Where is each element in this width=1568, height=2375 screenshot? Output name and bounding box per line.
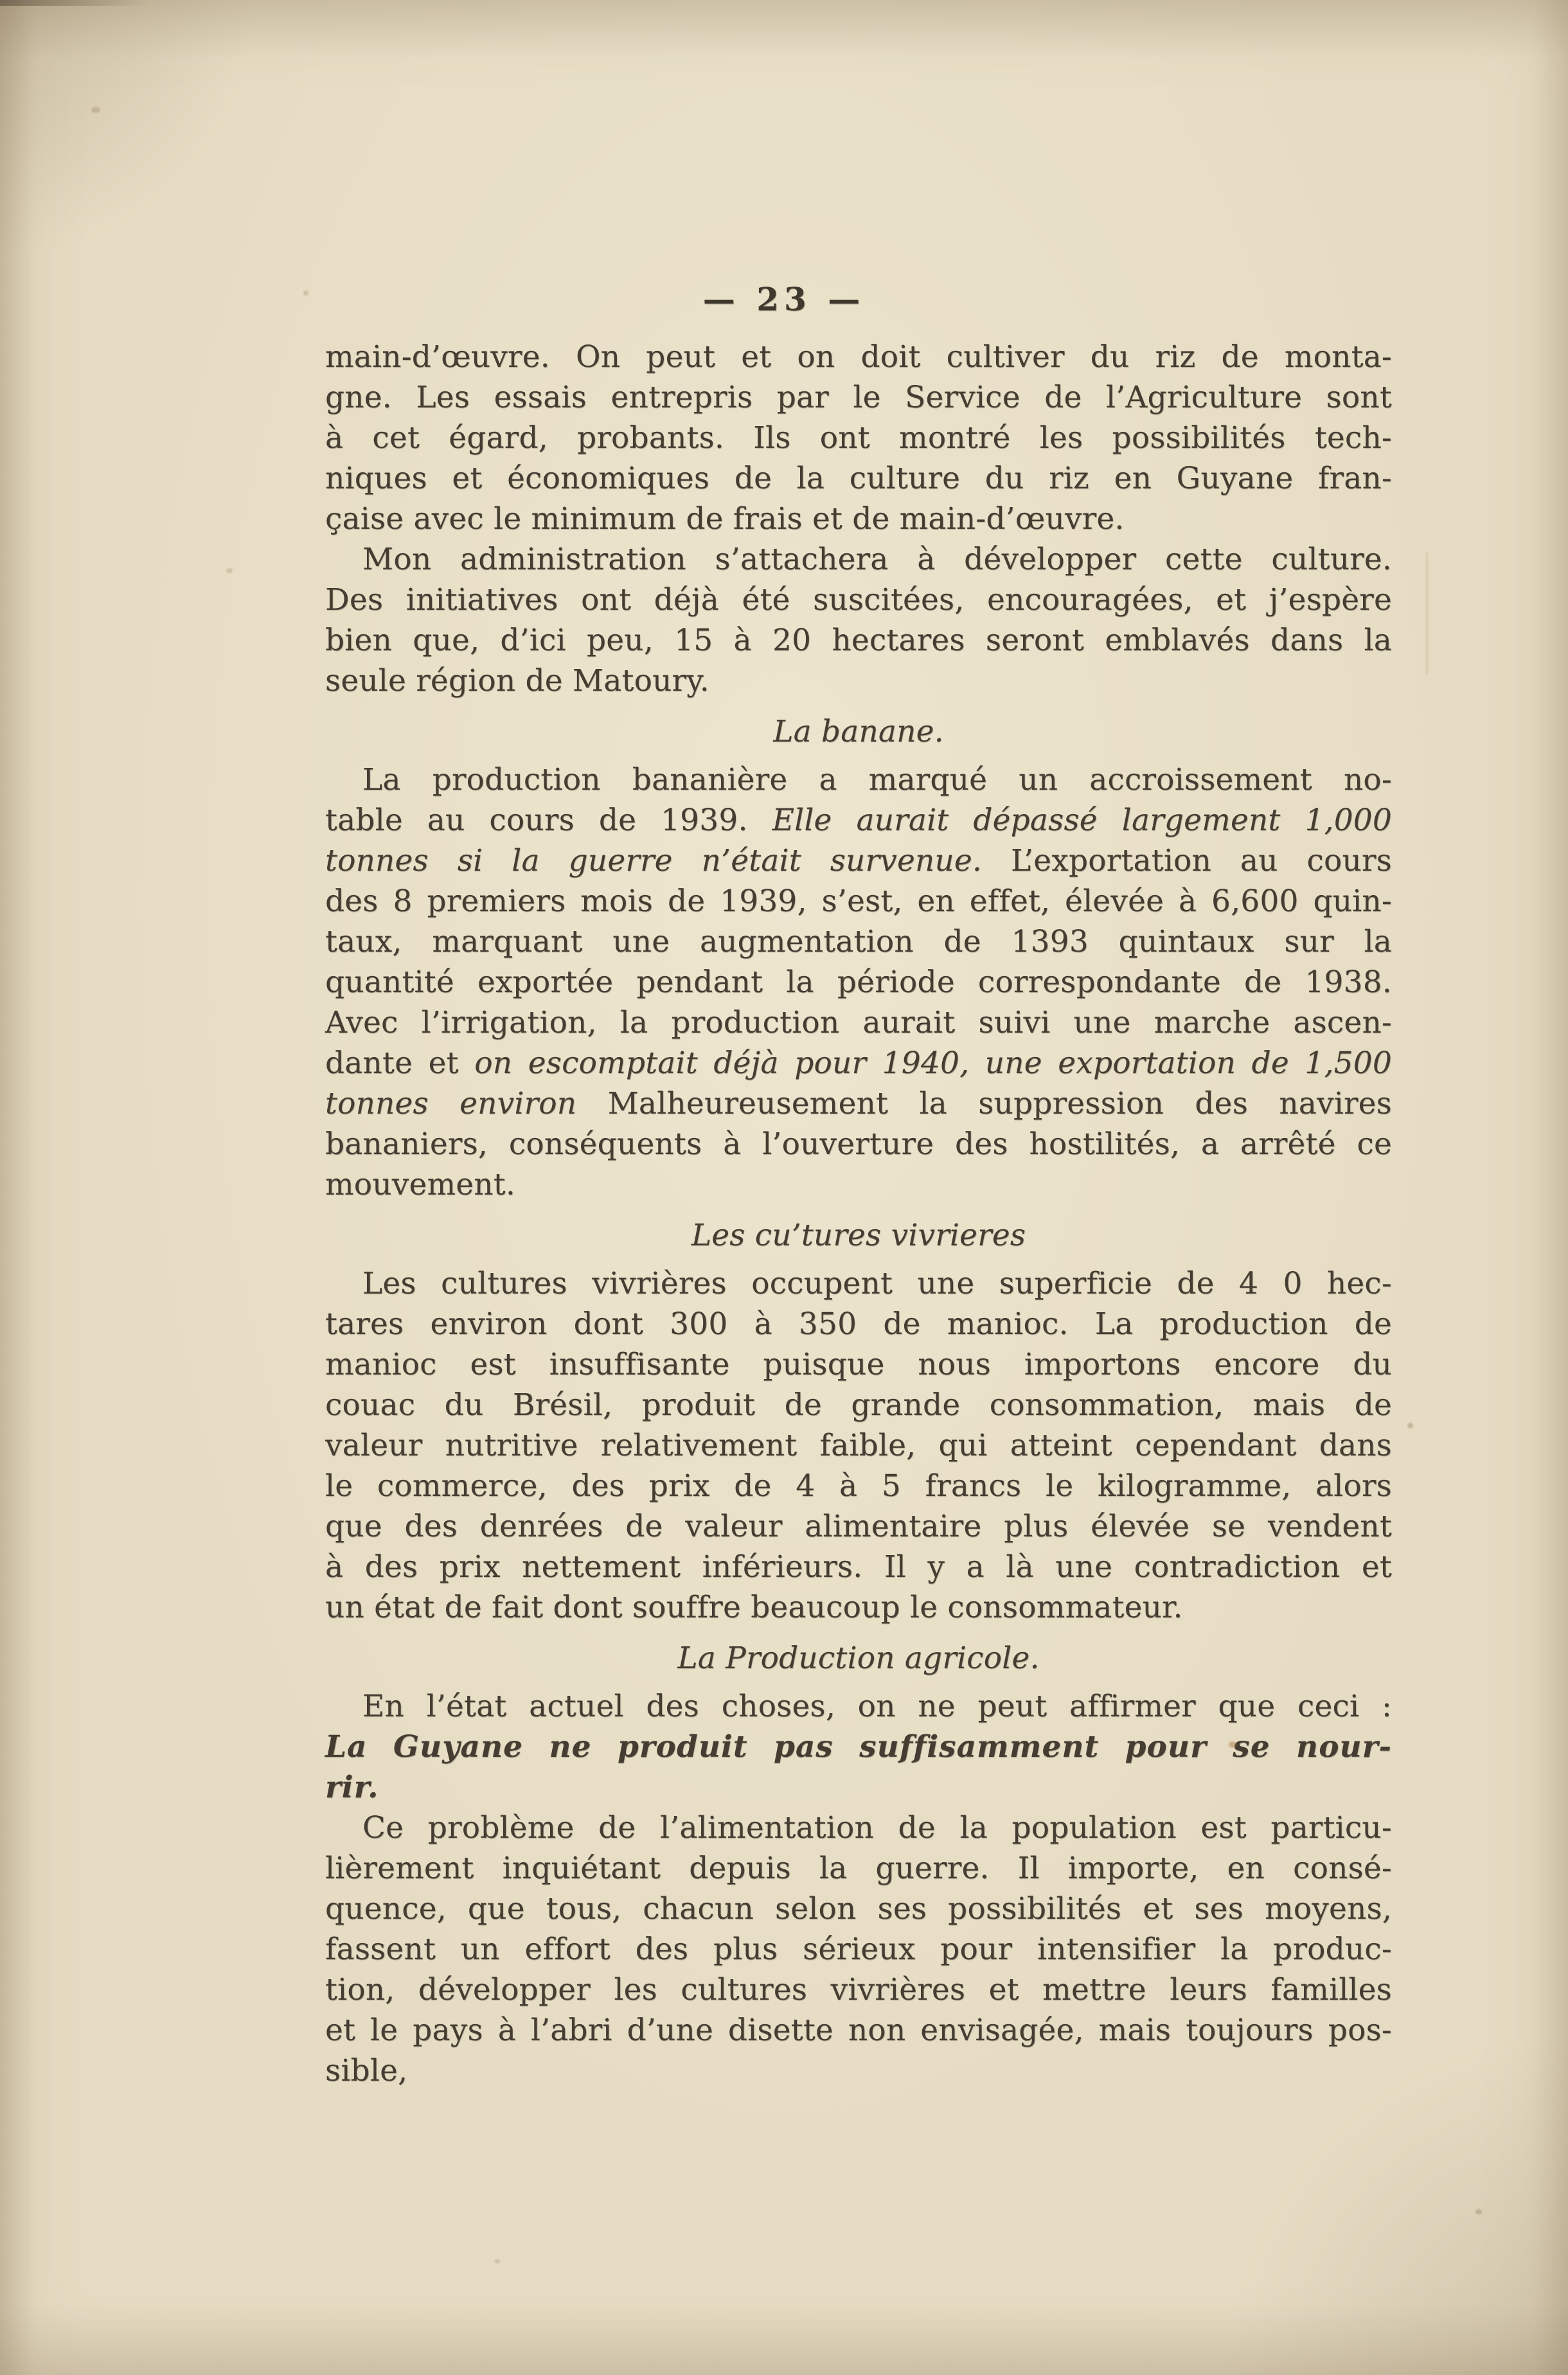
text-segment: rir.	[325, 1770, 379, 1805]
text-segment: des 8 premiers mois de 1939, s’est, en e…	[325, 884, 1392, 919]
text-line: bien que, d’ici peu, 15 à 20 hectares se…	[325, 620, 1392, 661]
text-segment: La Production agricole.	[677, 1641, 1039, 1676]
section-heading: La banane.	[325, 711, 1392, 752]
text-segment: La production bananière a marqué un accr…	[362, 762, 1392, 797]
section-heading: Les cu’tures vivrieres	[325, 1215, 1392, 1256]
text-segment: Mon administration s’attachera à dévelop…	[362, 542, 1392, 577]
text-segment: Malheureusement la suppression des navir…	[576, 1086, 1392, 1121]
text-segment: seule région de Matoury.	[325, 663, 709, 698]
text-line: sible,	[325, 2050, 1392, 2091]
text-line: table au cours de 1939. Elle aurait dépa…	[325, 800, 1392, 841]
text-segment: Avec l’irrigation, la production aurait …	[325, 1005, 1392, 1040]
text-segment: Ce problème de l’alimentation de la popu…	[362, 1810, 1392, 1846]
paragraph: En l’état actuel des choses, on ne peut …	[325, 1686, 1392, 1808]
text-segment: tonnes si la guerre n’était survenue.	[325, 843, 982, 878]
text-line: à cet égard, probants. Ils ont montré le…	[325, 418, 1392, 458]
text-line: Les cu’tures vivrieres	[325, 1215, 1392, 1256]
scanned-page: — 23 — main-d’œuvre. On peut et on doit …	[0, 0, 1568, 2375]
text-line: Des initiatives ont déjà été suscitées, …	[325, 580, 1392, 620]
text-line: tion, développer les cultures vivrières …	[325, 1970, 1392, 2010]
text-line: et le pays à l’abri d’une disette non en…	[325, 2010, 1392, 2050]
text-segment: Les cu’tures vivrieres	[691, 1218, 1026, 1253]
text-segment: dante et	[325, 1045, 474, 1081]
text-line: valeur nutritive relativement faible, qu…	[325, 1425, 1392, 1466]
text-segment: on escomptait déjà pour 1940, une export…	[474, 1045, 1392, 1081]
text-line: La production bananière a marqué un accr…	[325, 760, 1392, 800]
paragraph: Ce problème de l’alimentation de la popu…	[325, 1808, 1392, 2091]
text-segment: que des denrées de valeur alimentaire pl…	[325, 1509, 1392, 1544]
text-segment: sible,	[325, 2053, 407, 2088]
paragraph: La production bananière a marqué un accr…	[325, 760, 1392, 1205]
text-line: des 8 premiers mois de 1939, s’est, en e…	[325, 881, 1392, 921]
text-line: mouvement.	[325, 1164, 1392, 1205]
text-segment: La banane.	[773, 714, 944, 749]
text-segment: L’exportation au cours	[982, 843, 1392, 878]
text-segment: tion, développer les cultures vivrières …	[325, 1972, 1392, 2007]
text-segment: valeur nutritive relativement faible, qu…	[325, 1428, 1392, 1463]
page-number: — 23 —	[0, 280, 1568, 318]
text-line: manioc est insuffisante puisque nous imp…	[325, 1344, 1392, 1385]
text-line: que des denrées de valeur alimentaire pl…	[325, 1506, 1392, 1547]
text-segment: mouvement.	[325, 1167, 515, 1202]
text-line: çaise avec le minimum de frais et de mai…	[325, 499, 1392, 539]
paper-speck	[495, 2259, 500, 2263]
text-line: La Production agricole.	[325, 1638, 1392, 1678]
paragraph: Les cultures vivrières occupent une supe…	[325, 1263, 1392, 1628]
text-segment: gne. Les essais entrepris par le Service…	[325, 380, 1392, 415]
text-segment: et le pays à l’abri d’une disette non en…	[325, 2013, 1392, 2048]
document-body: main-d’œuvre. On peut et on doit cultive…	[325, 337, 1392, 2091]
text-line: lièrement inquiétant depuis la guerre. I…	[325, 1848, 1392, 1889]
text-line: fassent un effort des plus sérieux pour …	[325, 1929, 1392, 1970]
text-line: Les cultures vivrières occupent une supe…	[325, 1263, 1392, 1304]
text-segment: manioc est insuffisante puisque nous imp…	[325, 1347, 1392, 1382]
text-line: La Guyane ne produit pas suffisamment po…	[325, 1727, 1392, 1767]
paper-fold-line	[1426, 553, 1428, 675]
text-line: Avec l’irrigation, la production aurait …	[325, 1002, 1392, 1043]
text-segment: Des initiatives ont déjà été suscitées, …	[325, 582, 1392, 618]
text-line: le commerce, des prix de 4 à 5 francs le…	[325, 1466, 1392, 1506]
text-segment: niques et économiques de la culture du r…	[325, 461, 1392, 496]
text-segment: fassent un effort des plus sérieux pour …	[325, 1932, 1392, 1967]
text-line: gne. Les essais entrepris par le Service…	[325, 377, 1392, 418]
text-segment: main-d’œuvre. On peut et on doit cultive…	[325, 339, 1392, 375]
text-line: Mon administration s’attachera à dévelop…	[325, 539, 1392, 580]
text-line: un état de fait dont souffre beaucoup le…	[325, 1587, 1392, 1628]
text-segment: couac du Brésil, produit de grande conso…	[325, 1387, 1392, 1423]
text-line: La banane.	[325, 711, 1392, 752]
text-line: dante et on escomptait déjà pour 1940, u…	[325, 1043, 1392, 1083]
text-segment: lièrement inquiétant depuis la guerre. I…	[325, 1851, 1392, 1886]
text-segment: tares environ dont 300 à 350 de manioc. …	[325, 1306, 1392, 1342]
text-line: quence, que tous, chacun selon ses possi…	[325, 1889, 1392, 1929]
paper-speck	[91, 107, 100, 113]
text-line: niques et économiques de la culture du r…	[325, 458, 1392, 499]
paper-speck	[226, 568, 233, 573]
text-segment: à des prix nettement inférieurs. Il y a …	[325, 1549, 1392, 1585]
text-line: En l’état actuel des choses, on ne peut …	[325, 1686, 1392, 1727]
text-line: seule région de Matoury.	[325, 661, 1392, 701]
text-line: couac du Brésil, produit de grande conso…	[325, 1385, 1392, 1425]
text-segment: bananiers, conséquents à l’ouverture des…	[325, 1126, 1392, 1162]
text-segment: Elle aurait dépassé largement 1,000	[772, 803, 1392, 838]
text-segment: le commerce, des prix de 4 à 5 francs le…	[325, 1468, 1392, 1504]
text-line: tares environ dont 300 à 350 de manioc. …	[325, 1304, 1392, 1344]
text-segment: bien que, d’ici peu, 15 à 20 hectares se…	[325, 623, 1392, 658]
text-segment: Les cultures vivrières occupent une supe…	[362, 1266, 1392, 1301]
text-line: bananiers, conséquents à l’ouverture des…	[325, 1124, 1392, 1164]
paragraph: Mon administration s’attachera à dévelop…	[325, 539, 1392, 701]
text-segment: En l’état actuel des choses, on ne peut …	[362, 1689, 1392, 1724]
scan-edge-artifact	[0, 0, 148, 6]
paper-speck	[1475, 2209, 1482, 2214]
paragraph: main-d’œuvre. On peut et on doit cultive…	[325, 337, 1392, 539]
text-segment: quantité exportée pendant la période cor…	[325, 965, 1392, 1000]
text-line: rir.	[325, 1767, 1392, 1808]
text-line: Ce problème de l’alimentation de la popu…	[325, 1808, 1392, 1848]
text-segment: çaise avec le minimum de frais et de mai…	[325, 501, 1125, 537]
text-segment: un état de fait dont souffre beaucoup le…	[325, 1590, 1183, 1625]
paper-speck	[1407, 1423, 1413, 1428]
text-segment: La Guyane ne produit pas suffisamment po…	[325, 1729, 1392, 1765]
text-segment: à cet égard, probants. Ils ont montré le…	[325, 420, 1392, 456]
text-line: tonnes environ Malheureusement la suppre…	[325, 1083, 1392, 1124]
text-segment: tonnes environ	[325, 1086, 576, 1121]
section-heading: La Production agricole.	[325, 1638, 1392, 1678]
text-line: main-d’œuvre. On peut et on doit cultive…	[325, 337, 1392, 377]
text-segment: taux, marquant une augmentation de 1393 …	[325, 924, 1392, 959]
text-line: tonnes si la guerre n’était survenue. L’…	[325, 841, 1392, 881]
text-segment: table au cours de 1939.	[325, 803, 772, 838]
text-line: taux, marquant une augmentation de 1393 …	[325, 921, 1392, 962]
text-line: à des prix nettement inférieurs. Il y a …	[325, 1547, 1392, 1587]
text-segment: quence, que tous, chacun selon ses possi…	[325, 1891, 1392, 1926]
text-line: quantité exportée pendant la période cor…	[325, 962, 1392, 1002]
